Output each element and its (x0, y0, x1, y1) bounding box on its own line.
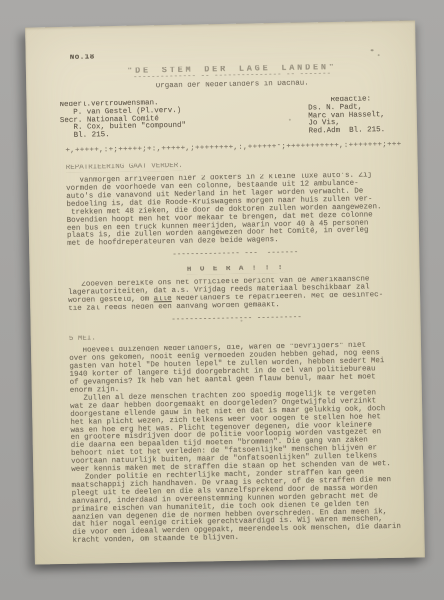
emphasis-word: alle (154, 295, 172, 303)
article-heading-hoera: H O E R A ! ! ! (68, 263, 404, 277)
article-body-hoera: Zooeven bereikte ons het officieele beri… (68, 276, 405, 314)
dash-separator-1: --------------- --- ------- (67, 248, 403, 262)
heading-text: REPATRIEERING GAAT VERDER. (66, 162, 183, 173)
issue-number: No.18 (70, 49, 400, 63)
heading-text: 5 MEI. (69, 334, 96, 343)
article-heading-mei: 5 MEI. (69, 329, 405, 343)
masthead-contact-block: Nederl.Vertrouwensman. P. van Gestel (Pl… (59, 99, 186, 141)
dash-separator-2: ------------------ ---------- (68, 312, 404, 326)
page-content: No.18 "DE STEM DER LAGE LANDEN" --------… (25, 20, 425, 564)
plus-separator: +,+++++,:+;+++++;+:,+++++,;++++++++,:,++… (65, 142, 401, 156)
heading-text: H O E R A ! ! ! (187, 264, 285, 276)
article-heading-repatrieering: REPATRIEERING GAAT VERDER. (66, 159, 402, 173)
article-body-repatrieering: Vanmorgen arriveerden hier 2 dokters in … (66, 172, 403, 249)
article-body-mei: Hoeveel duizenden Nederlanders, die, war… (69, 342, 409, 546)
masthead-editors-block: Redactie: Ds. N. Padt, Marc van Hasselt,… (308, 96, 385, 137)
masthead: Nederl.Vertrouwensman. P. van Gestel (Pl… (64, 95, 401, 141)
newsletter-page: No.18 "DE STEM DER LAGE LANDEN" --------… (25, 20, 425, 564)
